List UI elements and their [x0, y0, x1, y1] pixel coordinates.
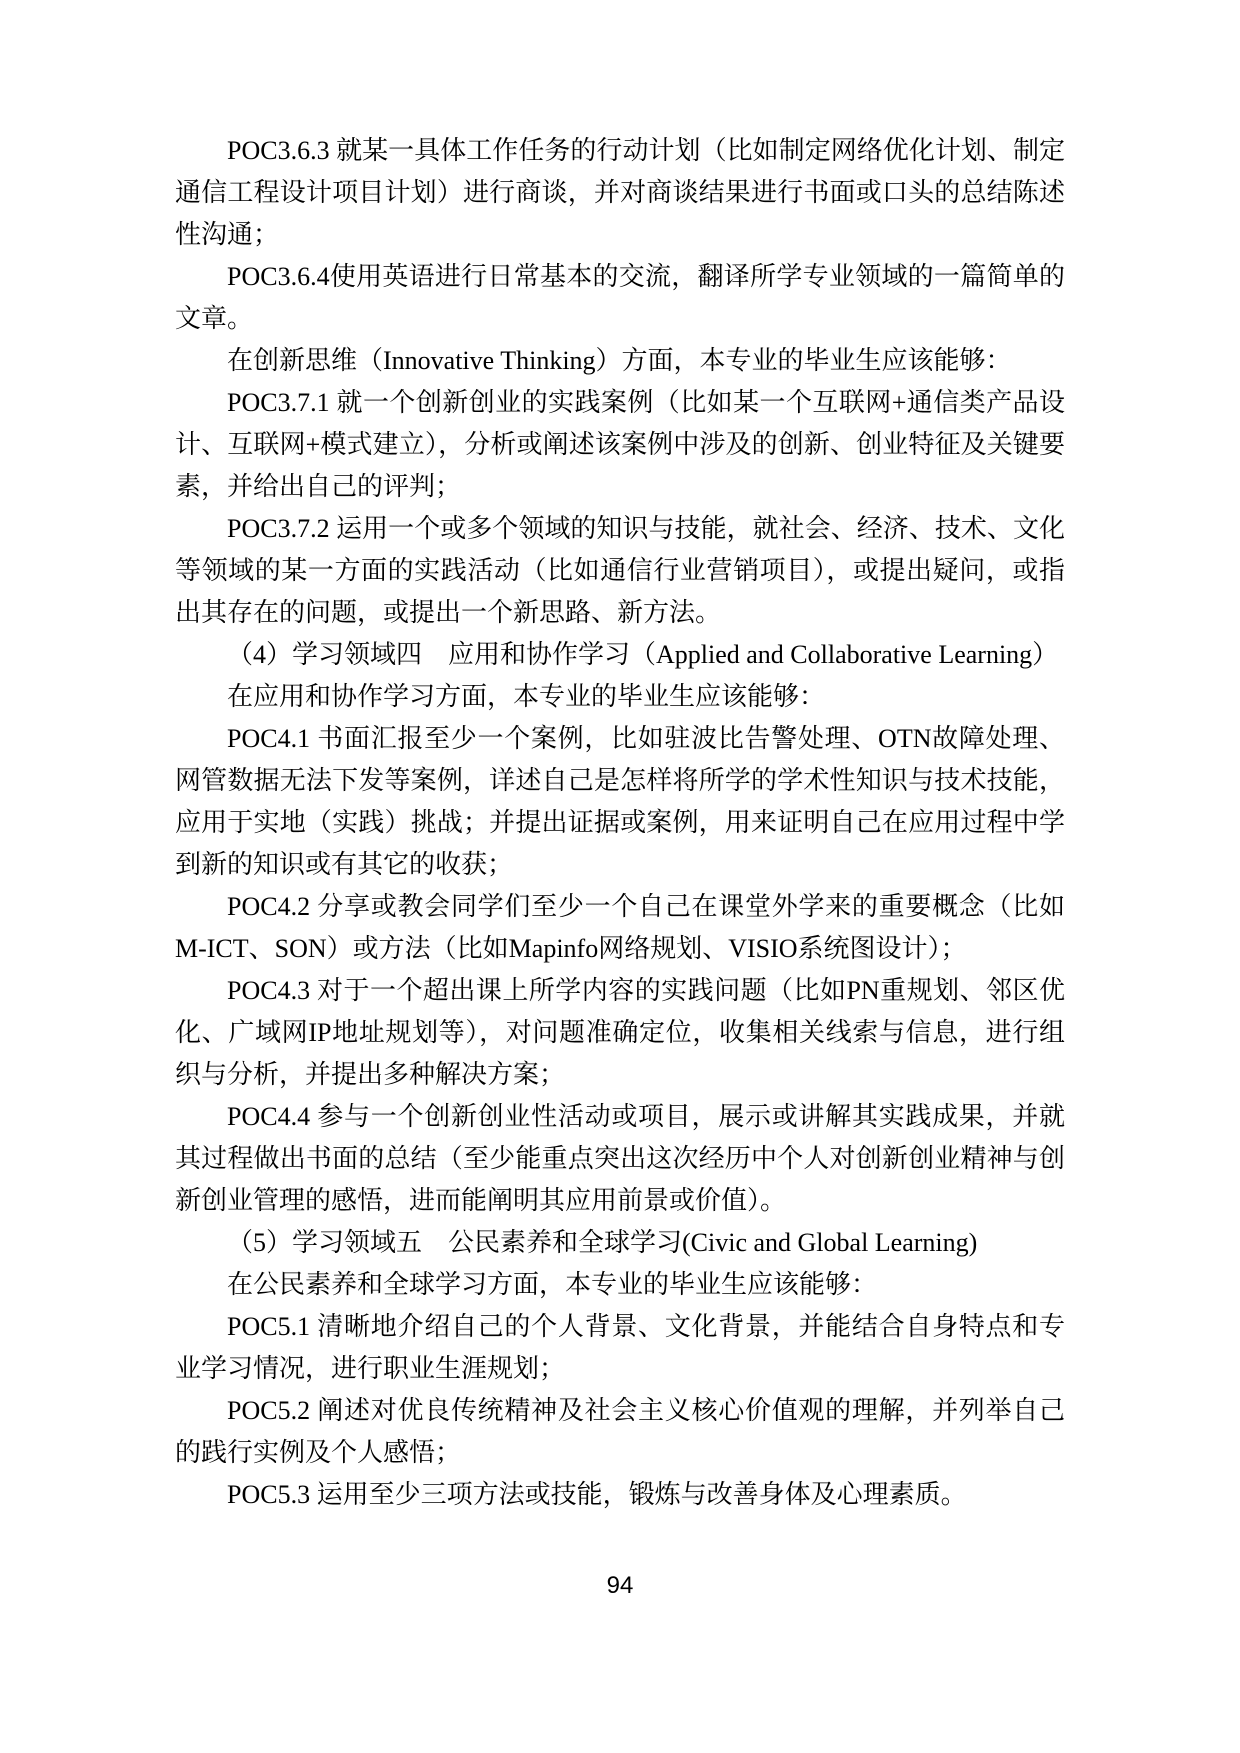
paragraph-poc3-6-3: POC3.6.3 就某一具体工作任务的行动计划（比如制定网络优化计划、制定通信工… [175, 130, 1065, 256]
paragraph-applied-learning-intro: 在应用和协作学习方面，本专业的毕业生应该能够： [175, 676, 1065, 718]
document-page: POC3.6.3 就某一具体工作任务的行动计划（比如制定网络优化计划、制定通信工… [0, 0, 1240, 1753]
page-footer: 94 [0, 1572, 1240, 1600]
heading-learning-area-4: （4）学习领域四 应用和协作学习（Applied and Collaborati… [175, 634, 1065, 676]
paragraph-poc3-7-1: POC3.7.1 就一个创新创业的实践案例（比如某一个互联网+通信类产品设计、互… [175, 382, 1065, 508]
paragraph-poc4-2: POC4.2 分享或教会同学们至少一个自己在课堂外学来的重要概念（比如M-ICT… [175, 886, 1065, 970]
paragraph-poc4-1: POC4.1 书面汇报至少一个案例，比如驻波比告警处理、OTN故障处理、网管数据… [175, 718, 1065, 886]
document-body: POC3.6.3 就某一具体工作任务的行动计划（比如制定网络优化计划、制定通信工… [175, 130, 1065, 1516]
paragraph-poc5-3: POC5.3 运用至少三项方法或技能，锻炼与改善身体及心理素质。 [175, 1474, 1065, 1516]
paragraph-poc5-1: POC5.1 清晰地介绍自己的个人背景、文化背景，并能结合自身特点和专业学习情况… [175, 1306, 1065, 1390]
paragraph-poc4-3: POC4.3 对于一个超出课上所学内容的实践问题（比如PN重规划、邻区优化、广域… [175, 970, 1065, 1096]
paragraph-innovative-thinking-intro: 在创新思维（Innovative Thinking）方面，本专业的毕业生应该能够… [175, 340, 1065, 382]
paragraph-poc4-4: POC4.4 参与一个创新创业性活动或项目，展示或讲解其实践成果，并就其过程做出… [175, 1096, 1065, 1222]
paragraph-poc5-2: POC5.2 阐述对优良传统精神及社会主义核心价值观的理解，并列举自己的践行实例… [175, 1390, 1065, 1474]
paragraph-civic-global-intro: 在公民素养和全球学习方面，本专业的毕业生应该能够： [175, 1264, 1065, 1306]
heading-learning-area-5: （5）学习领域五 公民素养和全球学习(Civic and Global Lear… [175, 1222, 1065, 1264]
paragraph-poc3-6-4: POC3.6.4使用英语进行日常基本的交流，翻译所学专业领域的一篇简单的文章。 [175, 256, 1065, 340]
paragraph-poc3-7-2: POC3.7.2 运用一个或多个领域的知识与技能，就社会、经济、技术、文化等领域… [175, 508, 1065, 634]
page-number: 94 [607, 1572, 634, 1599]
